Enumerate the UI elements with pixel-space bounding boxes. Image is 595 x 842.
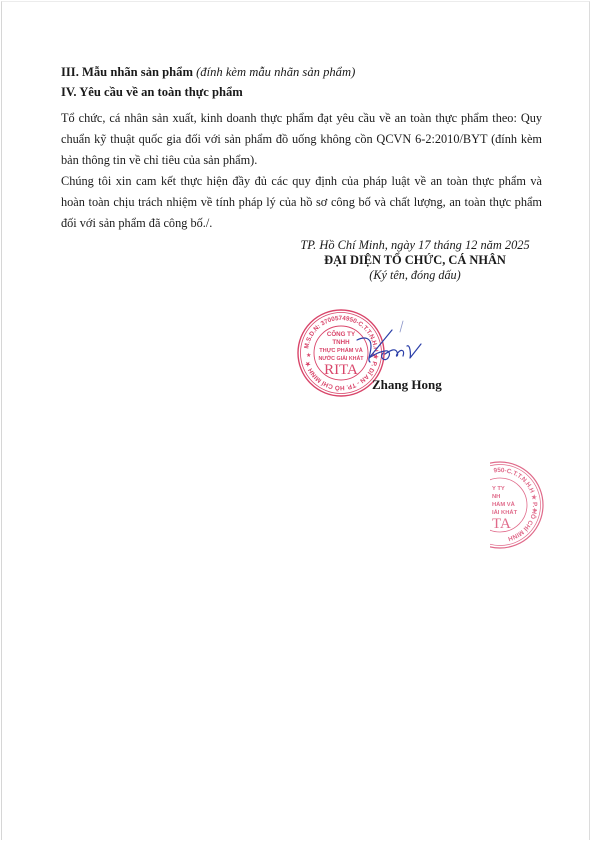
stamp-line-1: CÔNG TY <box>327 330 356 338</box>
signer-name: Zhang Hong <box>372 377 442 393</box>
partial-stamp: 950-C.T.T.N.H.H ★ P. HỒ CHÍ MINH Y TY NH… <box>460 448 550 558</box>
section-iv-heading: IV. Yêu cầu về an toàn thực phẩm <box>61 84 243 100</box>
section-iii-heading: III. Mẫu nhãn sản phẩm (đính kèm mẫu nhã… <box>61 64 355 80</box>
place-date: TP. Hồ Chí Minh, ngày 17 tháng 12 năm 20… <box>270 238 560 253</box>
section-iii-title: III. Mẫu nhãn sản phẩm <box>61 65 193 79</box>
partial-stamp-brand: TA <box>492 516 511 532</box>
stamp-star-left-icon: ★ <box>306 352 311 359</box>
paragraph-1-line-1: Tổ chức, cá nhân sản xuất, kinh doanh th… <box>61 110 542 126</box>
paragraph-2-line-1: Chúng tôi xin cam kết thực hiện đầy đủ c… <box>61 173 542 189</box>
sign-instruction: (Ký tên, đóng dấu) <box>270 268 560 283</box>
paragraph-1-line-2: chuẩn kỹ thuật quốc gia đối với sản phẩm… <box>61 131 542 147</box>
partial-stamp-line-1: Y TY <box>492 486 505 492</box>
stamp-line-2: TNHH <box>332 339 350 346</box>
page-border <box>1 1 590 840</box>
partial-stamp-line-2: NH <box>492 494 500 500</box>
partial-stamp-star-icon: ★ <box>532 507 537 514</box>
paragraph-1-line-3: bản thông tin về chỉ tiêu của sản phẩm). <box>61 152 257 168</box>
section-iii-note: (đính kèm mẫu nhãn sản phẩm) <box>196 65 355 79</box>
representative-title: ĐẠI DIỆN TỔ CHỨC, CÁ NHÂN <box>270 253 560 268</box>
paragraph-2-line-3: đối với sản phẩm đã công bố./. <box>61 215 212 231</box>
paragraph-2-line-2: hoàn toàn chịu trách nhiệm về tính pháp … <box>61 194 542 210</box>
stamp-brand: RITA <box>324 362 358 378</box>
handwritten-signature <box>355 318 445 378</box>
signature-block: TP. Hồ Chí Minh, ngày 17 tháng 12 năm 20… <box>270 238 560 283</box>
partial-stamp-line-3: HẨM VÀ <box>492 501 516 508</box>
partial-stamp-line-4: IẢI KHÁT <box>492 509 518 516</box>
